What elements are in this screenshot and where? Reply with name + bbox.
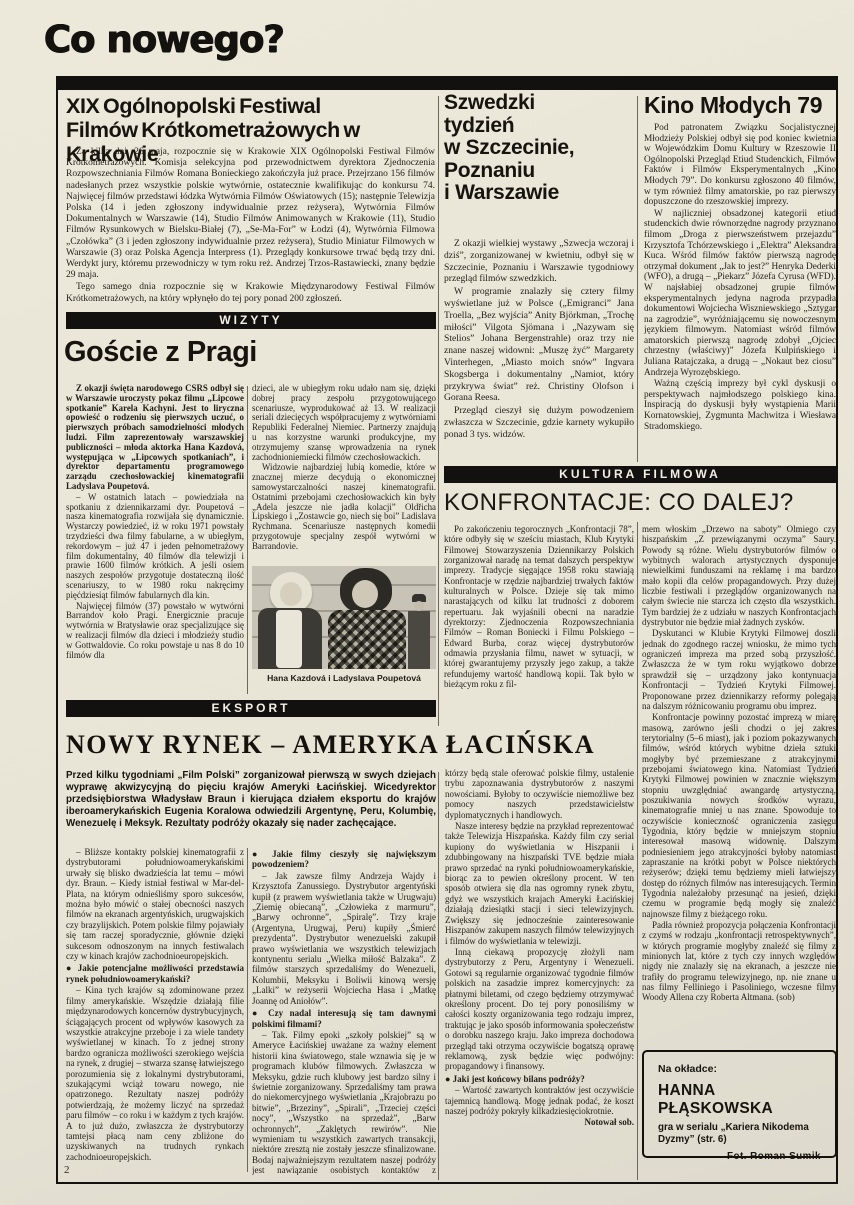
- photo-hana-ladyslava: [252, 566, 436, 669]
- paragraph: Notował sob.: [445, 1117, 634, 1127]
- goscie-headline: Goście z Pragi: [64, 336, 257, 369]
- paragraph: ● Czy nadal interesują się tam dawnymi p…: [252, 1008, 436, 1029]
- goscie-column-1: Z okazji święta narodowego CSRS odbył si…: [66, 384, 244, 696]
- paragraph: Tego samego dnia rozpocznie się w Krakow…: [66, 282, 435, 304]
- woman-left-face: [280, 582, 302, 606]
- paragraph: Z okazji święta narodowego CSRS odbył si…: [66, 384, 244, 492]
- frame-right-rule: [836, 76, 838, 1184]
- paragraph: – Bliższe kontakty polskiej kinematograf…: [66, 847, 244, 961]
- page-number: 2: [64, 1164, 70, 1176]
- paragraph: Konfrontacje powinny pozostać imprezą w …: [642, 712, 836, 919]
- eksport-column-2: ● Jakie filmy cieszyły się największym p…: [252, 847, 436, 1175]
- background-figure: [408, 611, 430, 669]
- paragraph: – W ostatnich latach – powiedziała na sp…: [66, 493, 244, 601]
- paragraph: Pod patronatem Związku Socjalistycznej M…: [644, 123, 836, 208]
- kino-mlodych-body: Pod patronatem Związku Socjalistycznej M…: [644, 123, 836, 463]
- szwedzki-headline: Szwedzki tydzień w Szczecinie, Poznaniu …: [444, 92, 634, 205]
- paragraph: W programie znalazły się cztery filmy wy…: [444, 286, 634, 404]
- konfrontacje-column-2: mem włoskim „Drzewo na saboty” Olmiego c…: [642, 524, 836, 1024]
- column-divider: [637, 96, 638, 462]
- paragraph: Najwięcej filmów (37) powstało w wytwórn…: [66, 602, 244, 661]
- szwedzki-headline-line: w Szczecinie,: [444, 137, 634, 160]
- szwedzki-headline-line: Poznaniu: [444, 160, 634, 183]
- wizyty-banner: WIZYTY: [66, 312, 436, 329]
- eksport-column-3: którzy będą stale oferować polskie filmy…: [445, 768, 634, 1176]
- paragraph: Z okazji wielkiej wystawy „Szwecja wczor…: [444, 238, 634, 285]
- kultura-filmowa-banner: KULTURA FILMOWA: [444, 466, 836, 483]
- festival-body: Za kilka dni, 26 maja, rozpocznie się w …: [66, 147, 435, 309]
- paragraph: W najliczniej obsadzonej kategorii etiud…: [644, 209, 836, 379]
- szwedzki-headline-line: Szwedzki: [444, 92, 634, 115]
- paragraph: Widzowie najbardziej lubią komedie, któr…: [252, 463, 436, 551]
- frame-top-bar: [56, 76, 838, 90]
- paragraph: Ważną częścią imprezy był cykl dyskusji …: [644, 379, 836, 432]
- magazine-page: Co nowego? XIX Ogólnopolski Festiwal Fil…: [0, 0, 854, 1205]
- paragraph: Po zakończeniu tegorocznych „Konfrontacj…: [444, 524, 634, 690]
- woman-right-checkered-coat: [328, 610, 406, 669]
- column-divider: [637, 522, 638, 1180]
- paragraph: Nasze interesy będzie na przykład reprez…: [445, 821, 634, 946]
- szwedzki-headline-line: tydzień: [444, 115, 634, 138]
- eksport-banner: EKSPORT: [66, 700, 436, 717]
- paragraph: – Jak zawsze filmy Andrzeja Wajdy i Krzy…: [252, 871, 436, 1006]
- paragraph: – Kina tych krajów są zdominowane przez …: [66, 985, 244, 1162]
- kino-mlodych-headline: Kino Młodych 79: [644, 92, 822, 119]
- konfrontacje-column-1: Po zakończeniu tegorocznych „Konfrontacj…: [444, 524, 634, 724]
- photo-caption: Hana Kazdová i Ladyslava Poupetová: [252, 673, 436, 683]
- paragraph: którzy będą stale oferować polskie filmy…: [445, 768, 634, 820]
- eksport-lead: Przed kilku tygodniami „Film Polski” zor…: [66, 770, 436, 844]
- cover-role-text: gra w serialu „Kariera Nikodema Dyzmy” (…: [658, 1122, 821, 1146]
- woman-right-face: [352, 580, 378, 608]
- frame-bottom-rule: [56, 1182, 838, 1184]
- szwedzki-headline-line: i Warszawie: [444, 182, 634, 205]
- paragraph: dzieci, ale w ubiegłym roku udało nam si…: [252, 384, 436, 462]
- nowy-rynek-headline: NOWY RYNEK – AMERYKA ŁACIŃSKA: [66, 730, 595, 760]
- paragraph: – Wartość zawartych kontraktów jest oczy…: [445, 1085, 634, 1116]
- background-figure-face: [414, 601, 424, 611]
- paragraph: ● Jakie potencjalne możliwości przedstaw…: [66, 963, 244, 984]
- column-divider: [247, 386, 248, 694]
- frame-left-rule: [56, 76, 58, 1184]
- column-divider: [247, 848, 248, 1172]
- eksport-column-1: – Bliższe kontakty polskiej kinematograf…: [66, 847, 244, 1175]
- cover-label: Na okładce:: [658, 1063, 821, 1075]
- paragraph: Padła również propozycja połączenia Konf…: [642, 920, 836, 1003]
- cover-note-box: Na okładce: HANNA PŁĄSKOWSKA gra w seria…: [642, 1050, 837, 1158]
- woman-left-scarf: [276, 610, 302, 668]
- paragraph: ● Jakie filmy cieszyły się największym p…: [252, 849, 436, 870]
- cover-actress-name: HANNA PŁĄSKOWSKA: [658, 1082, 821, 1118]
- festival-headline-line1: XIX Ogólnopolski Festiwal: [66, 94, 436, 118]
- paragraph: Za kilka dni, 26 maja, rozpocznie się w …: [66, 147, 435, 281]
- konfrontacje-headline: KONFRONTACJE: CO DALEJ?: [444, 489, 794, 517]
- paragraph: Przegląd cieszył się dużym powodzeniem z…: [444, 405, 634, 440]
- paragraph: – Tak. Filmy epoki „szkoły polskiej” są …: [252, 1030, 436, 1175]
- cover-photo-credit: Fot. Roman Sumik: [658, 1151, 821, 1162]
- goscie-column-2: dzieci, ale w ubiegłym roku udało nam si…: [252, 384, 436, 562]
- masthead-logo: Co nowego?: [44, 18, 284, 61]
- paragraph: mem włoskim „Drzewo na saboty” Olmiego c…: [642, 524, 836, 627]
- szwedzki-body: Z okazji wielkiej wystawy „Szwecja wczor…: [444, 238, 634, 460]
- paragraph: ● Jaki jest końcowy bilans podróży?: [445, 1074, 634, 1084]
- paragraph: Inną ciekawą propozycję złożyli nam dyst…: [445, 947, 634, 1072]
- paragraph: Dyskutanci w Klubie Krytyki Filmowej dos…: [642, 628, 836, 711]
- column-divider: [438, 772, 439, 1180]
- column-divider: [438, 96, 439, 726]
